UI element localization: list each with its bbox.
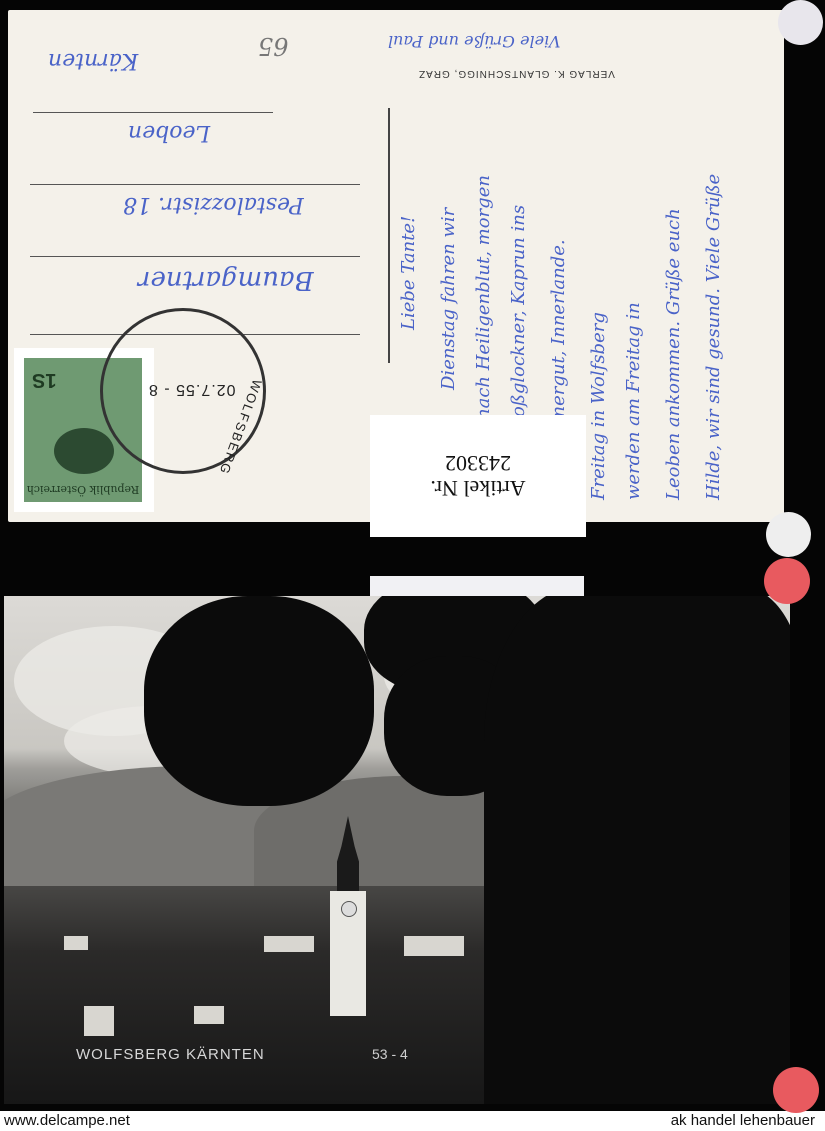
punch-hole	[778, 0, 823, 45]
pencil-note: 65	[258, 32, 289, 60]
message-line: Dienstag fahren wir	[438, 208, 459, 390]
message-line: Großglockner, Kaprun ins	[508, 205, 529, 440]
house	[84, 1006, 114, 1036]
house	[64, 936, 88, 950]
address-line: Pestalozzistr. 18	[123, 192, 304, 217]
seller-name: ak handel lehenbauer	[671, 1112, 815, 1129]
house	[194, 1006, 224, 1024]
message-line: Liebe Tante!	[398, 216, 419, 330]
address-rule	[30, 184, 360, 185]
postmark-date: 02.7.55 - 8	[148, 380, 236, 398]
message-line: Leoben ankommen. Grüße euch	[663, 208, 684, 500]
article-label-title: Artikel Nr.	[430, 476, 525, 501]
signature-line: Viele Grüße und Paul	[388, 32, 560, 51]
address-line: Leoben	[128, 120, 210, 145]
photo-number: 53 - 4	[372, 1046, 408, 1062]
punch-hole	[766, 512, 811, 557]
message-line: Freitag in Wolfsberg	[588, 312, 609, 500]
message-line: nach Heiligenblut, morgen	[473, 175, 494, 420]
stamp-portrait	[54, 428, 114, 474]
label-strip	[370, 576, 584, 596]
stamp-country: Republik Österreich	[24, 483, 142, 496]
stamp-value: 1S	[32, 368, 56, 391]
address-line: Kärnten	[48, 48, 138, 73]
center-divider	[388, 108, 390, 363]
article-number: 243302	[445, 451, 511, 476]
postcard-front-photo	[4, 596, 790, 1104]
message-line: werden am Freitag in	[623, 302, 644, 500]
message-line: Hilde, wir sind gesund. Viele Grüße	[703, 174, 724, 500]
red-marker-dot	[764, 558, 810, 604]
red-marker-dot	[773, 1067, 819, 1113]
house	[264, 936, 314, 952]
photo-caption: WOLFSBERG KÄRNTEN	[76, 1046, 265, 1063]
clock-icon	[341, 901, 357, 917]
article-label: Artikel Nr. 243302	[370, 415, 586, 537]
source-site-link[interactable]: www.delcampe.net	[4, 1112, 130, 1129]
address-line: Baumgartner	[138, 265, 314, 295]
address-rule	[30, 256, 360, 257]
fir-tree	[484, 596, 790, 1104]
address-rule	[33, 112, 273, 113]
tree-branch	[144, 596, 374, 806]
postcard-scan: VERLAG K. GLANTSCHNIGG, GRAZ 65 Kärnten …	[0, 0, 825, 1111]
house	[404, 936, 464, 956]
